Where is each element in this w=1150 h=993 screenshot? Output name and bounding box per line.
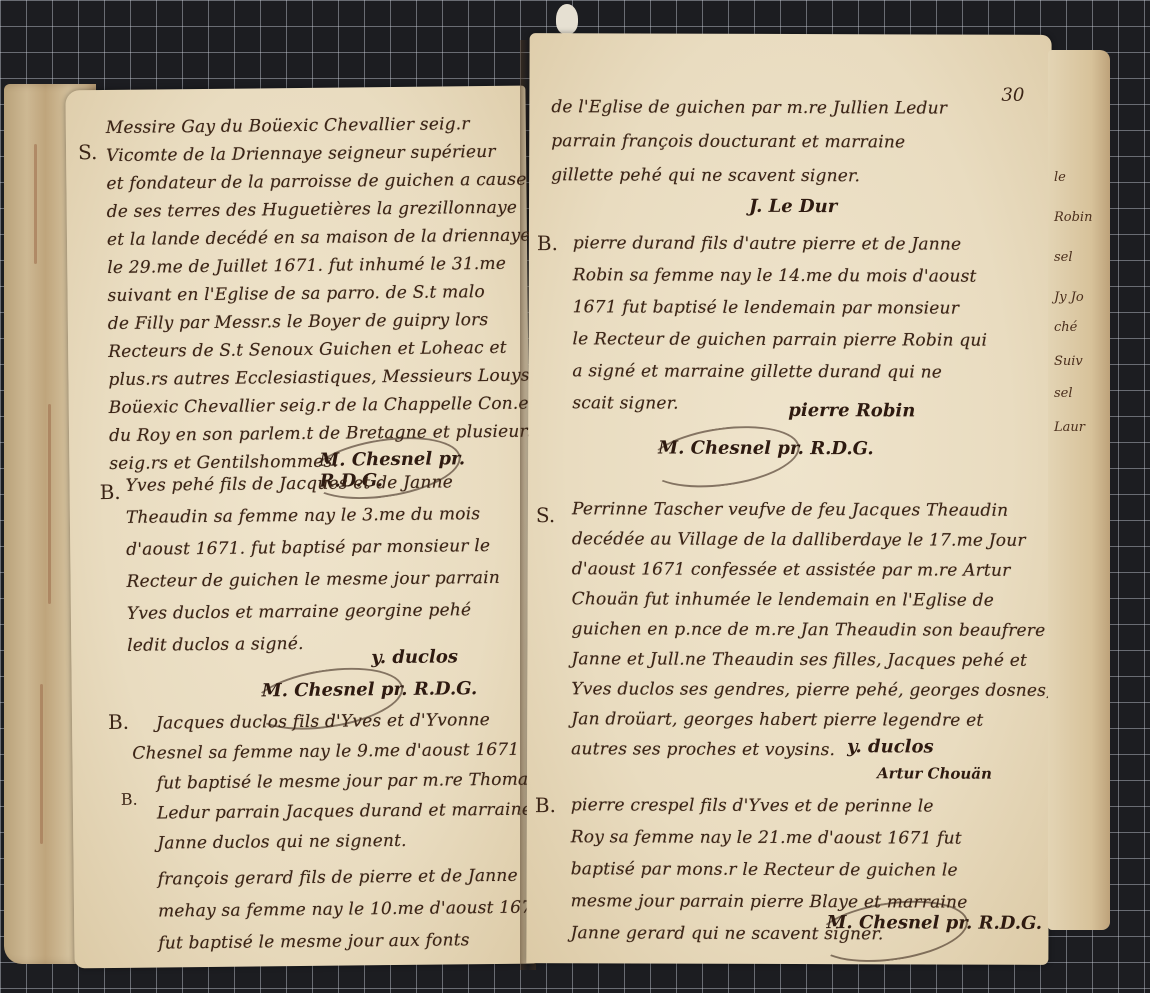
edge-text-fragment: sel [1054,250,1073,265]
text-line: Jan droüart, georges habert pierre legen… [571,709,983,730]
text-line: et fondateur de la parroisse de guichen … [106,170,526,194]
right-page: 30 de l'Eglise de guichen par m.re Julli… [526,33,1051,965]
text-line: Recteur de guichen le mesme jour parrain [126,568,500,592]
text-line: Theaudin sa femme nay le 3.me du mois [126,504,481,528]
text-line: du Roy en son parlem.t de Bretagne et pl… [109,422,537,446]
text-line: Roy sa femme nay le 21.me d'aoust 1671 f… [571,827,962,848]
folio-number: 30 [1001,85,1024,106]
margin-mark-sepulture: S. [536,503,555,527]
margin-mark-baptism: B. [535,793,556,817]
text-line: de Filly par Messr.s le Boyer de guipry … [108,310,489,334]
text-line: guichen en p.nce de m.re Jan Theaudin so… [572,619,1046,641]
text-line: Yves duclos ses gendres, pierre pehé, ge… [571,679,1051,701]
text-line: de l'Eglise de guichen par m.re Jullien … [551,97,947,118]
text-line: baptisé par mons.r le Recteur de guichen… [571,859,958,880]
text-line: ledit duclos a signé. [127,634,304,656]
text-line: Chesnel sa femme nay le 9.me d'aoust 167… [132,740,519,764]
text-line: a signé et marraine gillette durand qui … [572,361,942,382]
text-line: Robin sa femme nay le 14.me du mois d'ao… [573,265,977,286]
text-line: parrain françois doucturant et marraine [551,131,905,152]
text-line: Yves duclos et marraine georgine pehé [127,600,472,624]
text-line: fut baptisé le mesme jour par m.re Thoma… [157,770,538,794]
text-line: suivant en l'Eglise de sa parro. de S.t … [107,282,484,306]
text-line: Yves pehé fils de Jacques et de Janne [125,472,453,495]
text-line: Perrinne Tascher veufve de feu Jacques T… [572,499,1008,521]
margin-mark-sepulture: S. [78,140,98,164]
text-line: Recteurs de S.t Senoux Guichen et Loheac… [108,338,507,362]
edge-text-fragment: Robin [1054,210,1092,225]
text-line: le Recteur de guichen parrain pierre Rob… [573,329,988,350]
text-line: d'aoust 1671. fut baptisé par monsieur l… [126,536,490,560]
folded-page-edge: le Robin sel Jy Jo ché Suiv sel Laur [1048,50,1110,930]
margin-mark-baptism: B. [99,480,120,504]
signature: Artur Chouän [877,764,992,782]
edge-text-fragment: Jy Jo [1054,290,1084,305]
text-line: Messire Gay du Boüexic Chevallier seig.r [106,114,470,138]
text-line: et la lande decédé en sa maison de la dr… [107,226,531,250]
text-line: Janne et Jull.ne Theaudin ses filles, Ja… [571,649,1027,671]
signature: M. Chesnel pr. R.D.G. [262,678,478,701]
text-line: mehay sa femme nay le 10.me d'aoust 1671 [158,897,544,921]
left-page: S. Messire Gay du Boüexic Chevallier sei… [65,86,534,969]
open-register-book: S. Messire Gay du Boüexic Chevallier sei… [0,0,1150,993]
signature: M. Chesnel pr. R.D.G. [658,438,874,460]
signature: pierre Robin [788,400,915,421]
text-line: gillette pehé qui ne scavent signer. [551,165,860,186]
text-line: scait signer. [572,393,678,413]
text-line: Boüexic Chevallier seig.r de la Chappell… [109,394,538,418]
signature: J. Le Dur [749,196,837,217]
text-line: Ledur parrain Jacques durand et marraine [157,800,532,824]
text-line: Chouän fut inhumée le lendemain en l'Egl… [572,589,994,610]
signature: M. Chesnel pr. R.D.G. [826,912,1042,934]
text-line: 1671 fut baptisé le lendemain par monsie… [573,297,959,318]
text-line: le 29.me de Juillet 1671. fut inhumé le … [107,254,506,278]
text-line: seig.rs et Gentilshommes. [109,452,338,474]
text-line: Vicomte de la Driennaye seigneur supérie… [106,142,496,166]
text-line: pierre crespel fils d'Yves et de perinne… [571,795,934,816]
text-line: Janne duclos qui ne signent. [157,831,407,854]
text-line: d'aoust 1671 confessée et assistée par m… [572,559,1011,581]
text-line: pierre durand fils d'autre pierre et de … [573,233,962,254]
text-line: fut baptisé le mesme jour aux fonts [158,930,470,953]
edge-text-fragment: Suiv [1054,354,1083,369]
signature: y. duclos [371,646,458,668]
signature: y. duclos [847,736,934,757]
text-line: plus.rs autres Ecclesiastiques, Messieur… [108,365,557,390]
text-line: autres ses proches et voysins. [571,739,835,760]
margin-mark-baptism: B. [537,231,558,255]
margin-mark-baptism: B. [121,790,138,809]
text-line: de ses terres des Huguetières la grezill… [107,198,518,222]
edge-text-fragment: le [1054,170,1066,185]
bookmark-ribbon [556,4,578,34]
text-line: françois gerard fils de pierre et de Jan… [158,866,518,890]
text-line: decédée au Village de la dalliberdaye le… [572,529,1026,551]
text-line: Jacques duclos fils d'Yves et d'Yvonne [156,710,490,733]
edge-text-fragment: sel [1054,386,1073,401]
margin-mark-baptism: B. [108,710,129,734]
edge-text-fragment: ché [1054,320,1077,335]
edge-text-fragment: Laur [1054,420,1085,435]
